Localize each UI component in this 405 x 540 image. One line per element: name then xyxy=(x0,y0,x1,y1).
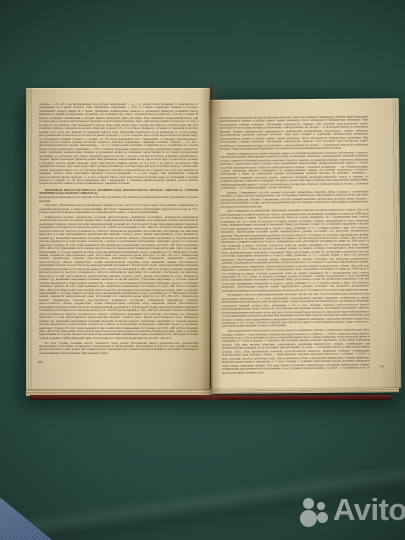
page-number-right: 391 xyxy=(380,364,385,368)
page-number-left: 390 xyxy=(38,360,43,364)
photo-background: глюкозы — 15—20 г, дистиллированная вода… xyxy=(0,0,405,540)
book-cover-edge xyxy=(30,395,392,400)
hormones-paragraph: При хронической почечной недостаточности… xyxy=(222,329,370,375)
avito-logo-icon xyxy=(296,492,330,526)
avito-circle-right xyxy=(317,512,328,523)
right-page: ринозные воспалительные процессы серозны… xyxy=(209,98,402,390)
avito-watermark: Avito xyxy=(296,490,402,532)
avito-wordmark: Avito xyxy=(333,490,405,530)
avito-circle-top-right xyxy=(317,502,325,510)
left-fore-edge xyxy=(26,88,32,390)
clinical-picture-paragraph: Клиническая картина. Хроническая почечна… xyxy=(39,216,198,340)
diagnosis-paragraph: Диагноз основывается на анамнестических … xyxy=(220,151,368,190)
right-page-text: ринозные воспалительные процессы серозны… xyxy=(220,115,370,375)
entry-definition: Хронически развивающееся расстройство го… xyxy=(39,196,198,203)
avito-circle-top-left xyxy=(303,498,314,509)
diet-paragraph: Диета направлена на уменьшение образован… xyxy=(221,209,370,293)
denim-fabric xyxy=(0,488,90,540)
right-fore-edge xyxy=(393,98,402,388)
left-page-text: глюкозы — 15—20 г, дистиллированная вода… xyxy=(39,103,198,357)
right-paragraph-continuation: ринозные воспалительные процессы серозны… xyxy=(220,115,368,151)
avito-circle-big xyxy=(300,510,317,527)
left-last-paragraph: Во всех стадиях азотемии иногда отмечает… xyxy=(39,342,198,356)
homeostasis-paragraph: Регулируют гомеостаз концентрированными … xyxy=(221,293,369,329)
treatment-paragraph: Лечение. Современные способы лечения поз… xyxy=(221,190,369,209)
left-paragraph-continuation: глюкозы — 15—20 г, дистиллированная вода… xyxy=(39,103,198,186)
top-shadow xyxy=(0,0,405,90)
pathogenesis-paragraph: Патогенез. Уменьшение массы действующих … xyxy=(39,204,198,214)
open-book: глюкозы — 15—20 г, дистиллированная вода… xyxy=(24,84,400,400)
left-page: глюкозы — 15—20 г, дистиллированная вода… xyxy=(26,88,210,390)
